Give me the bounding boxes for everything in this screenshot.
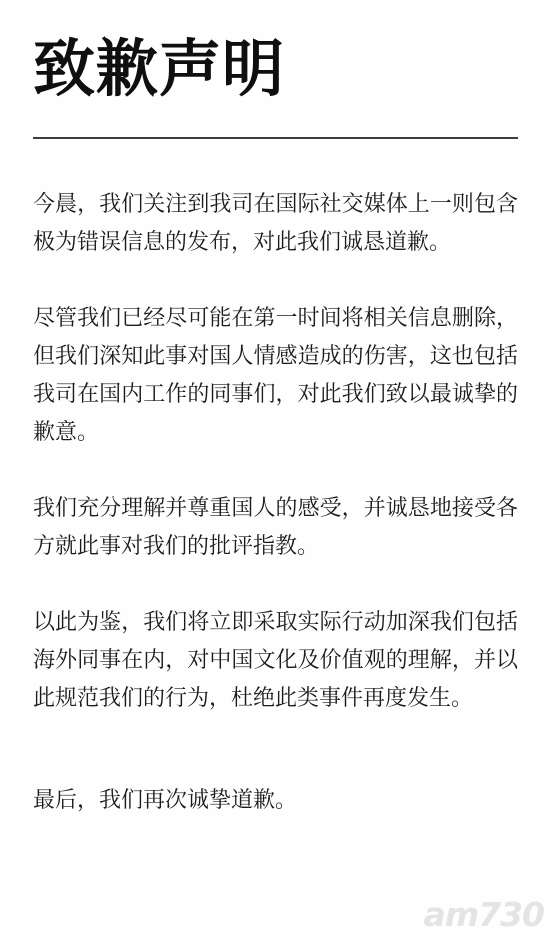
statement-paragraph-closing: 最后，我们再次诚挚道歉。 [33,781,518,819]
title-divider [33,137,518,139]
statement-content: 致歉声明 今晨，我们关注到我司在国际社交媒体上一则包含极为错误信息的发布，对此我… [0,0,550,819]
statement-paragraph: 尽管我们已经尽可能在第一时间将相关信息删除，但我们深知此事对国人情感造成的伤害，… [33,299,518,451]
statement-body: 今晨，我们关注到我司在国际社交媒体上一则包含极为错误信息的发布，对此我们诚恳道歉… [33,185,518,819]
statement-paragraph: 今晨，我们关注到我司在国际社交媒体上一则包含极为错误信息的发布，对此我们诚恳道歉… [33,185,518,261]
statement-paragraph: 我们充分理解并尊重国人的感受，并诚恳地接受各方就此事对我们的批评指教。 [33,489,518,565]
apology-statement-page: 致歉声明 今晨，我们关注到我司在国际社交媒体上一则包含极为错误信息的发布，对此我… [0,0,550,944]
am730-watermark: am730 [423,895,544,934]
page-title: 致歉声明 [33,0,518,107]
statement-paragraph: 以此为鉴，我们将立即采取实际行动加深我们包括海外同事在内，对中国文化及价值观的理… [33,603,518,717]
